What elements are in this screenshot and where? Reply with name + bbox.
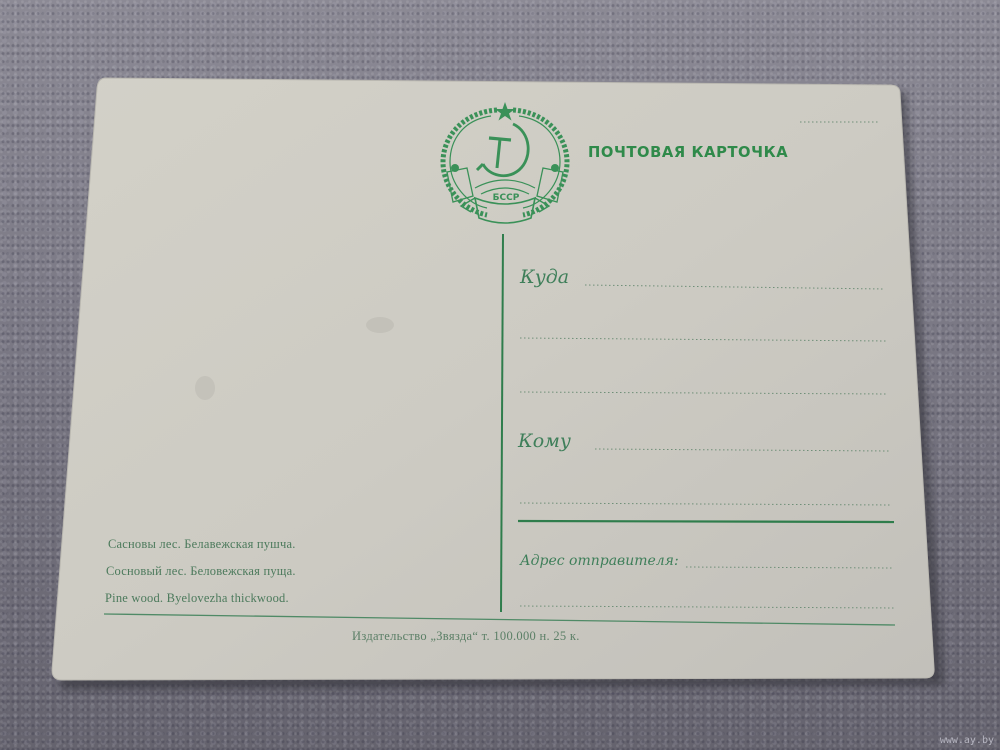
postcard-title: ПОЧТОВАЯ КАРТОЧКА <box>588 143 788 161</box>
stain <box>195 376 215 400</box>
sender-address-label: Адрес отправителя: <box>520 553 679 569</box>
emblem-ribbon-text: БССР <box>484 193 528 203</box>
caption-english: Pine wood. Byelovezha thickwood. <box>105 591 289 606</box>
stain <box>366 317 394 333</box>
card-paper <box>52 78 934 680</box>
caption-belarusian: Сасновы лес. Белавежская пушча. <box>108 537 296 552</box>
publisher-imprint: Издательство „Звязда“ т. 100.000 н. 25 к… <box>352 629 580 644</box>
to-where-field[interactable] <box>585 270 885 290</box>
watermark: www.ay.by <box>940 735 994 746</box>
to-where-label: Куда <box>520 266 569 288</box>
sender-separator <box>518 521 894 522</box>
caption-russian: Сосновый лес. Беловежская пуща. <box>106 564 296 579</box>
to-whom-label: Кому <box>518 430 571 452</box>
to-whom-field[interactable] <box>595 434 889 454</box>
sender-address-field[interactable] <box>686 552 894 570</box>
